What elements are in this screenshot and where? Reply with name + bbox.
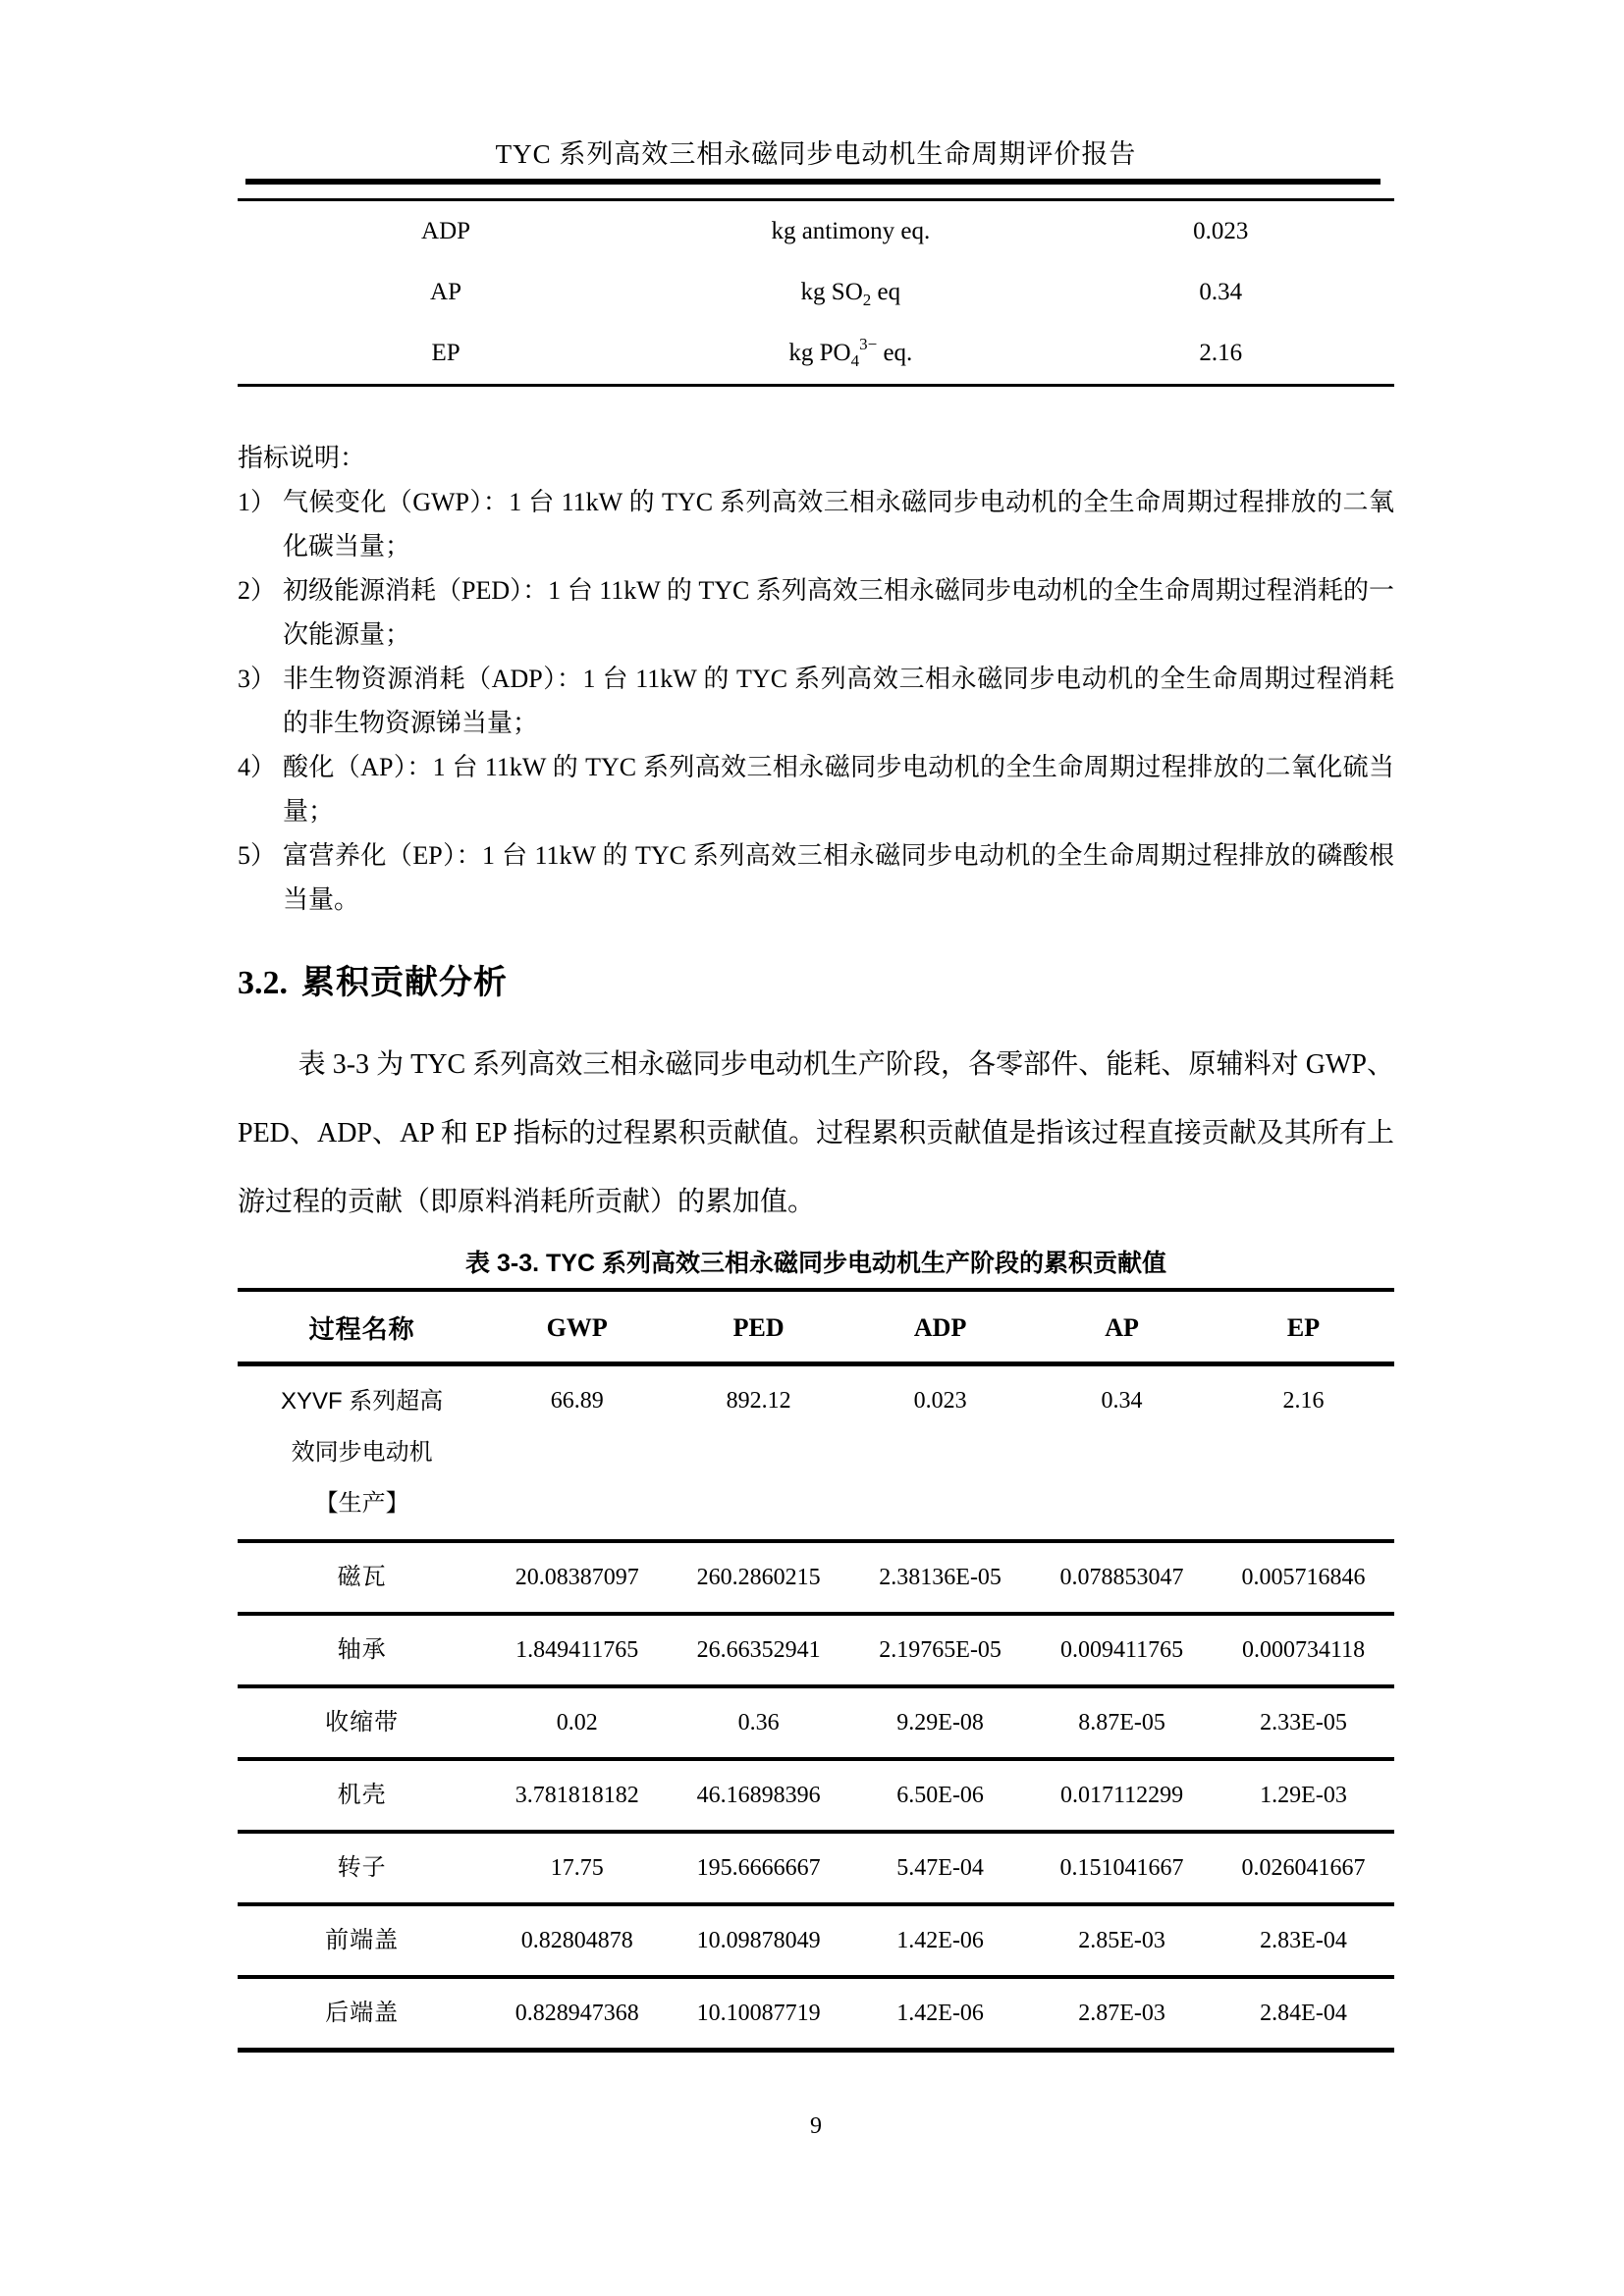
- process-name: 前端盖: [238, 1904, 486, 1977]
- unit-subscript: 4: [851, 351, 860, 370]
- table-row: XYVF 系列超高 效同步电动机 【生产】 66.89 892.12 0.023…: [238, 1364, 1394, 1542]
- ped-value: 892.12: [668, 1364, 849, 1542]
- list-item: 1） 气候变化（GWP）：1 台 11kW 的 TYC 系列高效三相永磁同步电动…: [238, 480, 1394, 568]
- adp-value: 9.29E-08: [849, 1686, 1031, 1759]
- ap-value: 0.078853047: [1031, 1541, 1213, 1614]
- cumulative-contribution-table: 过程名称 GWP PED ADP AP EP XYVF 系列超高 效同步电动机 …: [238, 1288, 1394, 2053]
- ped-value: 260.2860215: [668, 1541, 849, 1614]
- process-name: 后端盖: [238, 1977, 486, 2051]
- gwp-value: 66.89: [486, 1364, 668, 1542]
- ep-value: 1.29E-03: [1213, 1759, 1394, 1832]
- list-item-text: 初级能源消耗（PED）：1 台 11kW 的 TYC 系列高效三相永磁同步电动机…: [283, 568, 1394, 657]
- gwp-value: 1.849411765: [486, 1614, 668, 1686]
- table-row: EP kg PO43− eq. 2.16: [238, 324, 1394, 386]
- process-name: 磁瓦: [238, 1541, 486, 1614]
- table-header-row: 过程名称 GWP PED ADP AP EP: [238, 1290, 1394, 1364]
- table-row: 磁瓦 20.08387097 260.2860215 2.38136E-05 0…: [238, 1541, 1394, 1614]
- list-item-number: 2）: [238, 568, 283, 657]
- ped-value: 10.10087719: [668, 1977, 849, 2051]
- gwp-value: 3.781818182: [486, 1759, 668, 1832]
- ped-value: 0.36: [668, 1686, 849, 1759]
- ap-value: 2.87E-03: [1031, 1977, 1213, 2051]
- table-row: ADP kg antimony eq. 0.023: [238, 200, 1394, 262]
- indicator-unit: kg antimony eq.: [654, 200, 1048, 262]
- ep-value: 0.000734118: [1213, 1614, 1394, 1686]
- table-row: 后端盖 0.828947368 10.10087719 1.42E-06 2.8…: [238, 1977, 1394, 2051]
- process-name: XYVF 系列超高 效同步电动机 【生产】: [238, 1364, 486, 1542]
- process-name: 转子: [238, 1832, 486, 1904]
- list-item-number: 5）: [238, 833, 283, 922]
- adp-value: 0.023: [849, 1364, 1031, 1542]
- indicator-label: EP: [238, 324, 654, 386]
- list-item-text: 富营养化（EP）：1 台 11kW 的 TYC 系列高效三相永磁同步电动机的全生…: [283, 833, 1394, 922]
- list-item-number: 3）: [238, 657, 283, 745]
- section-number: 3.2.: [238, 965, 288, 1001]
- ped-value: 10.09878049: [668, 1904, 849, 1977]
- unit-superscript: 3−: [859, 335, 877, 353]
- gwp-value: 0.82804878: [486, 1904, 668, 1977]
- adp-value: 2.19765E-05: [849, 1614, 1031, 1686]
- unit-text: kg SO: [801, 279, 863, 305]
- list-item-text: 酸化（AP）：1 台 11kW 的 TYC 系列高效三相永磁同步电动机的全生命周…: [283, 745, 1394, 833]
- table-row: 前端盖 0.82804878 10.09878049 1.42E-06 2.85…: [238, 1904, 1394, 1977]
- unit-text: eq: [871, 279, 900, 305]
- indicator-value: 2.16: [1048, 324, 1394, 386]
- gwp-value: 20.08387097: [486, 1541, 668, 1614]
- list-item: 2） 初级能源消耗（PED）：1 台 11kW 的 TYC 系列高效三相永磁同步…: [238, 568, 1394, 657]
- list-item-number: 1）: [238, 480, 283, 568]
- unit-text: kg antimony eq.: [771, 218, 930, 244]
- indicator-unit: kg SO2 eq: [654, 262, 1048, 324]
- list-item-text: 气候变化（GWP）：1 台 11kW 的 TYC 系列高效三相永磁同步电动机的全…: [283, 480, 1394, 568]
- ap-value: 0.009411765: [1031, 1614, 1213, 1686]
- ep-value: 2.33E-05: [1213, 1686, 1394, 1759]
- list-item: 3） 非生物资源消耗（ADP）：1 台 11kW 的 TYC 系列高效三相永磁同…: [238, 657, 1394, 745]
- table-caption: 表 3-3. TYC 系列高效三相永磁同步电动机生产阶段的累积贡献值: [238, 1247, 1394, 1280]
- ep-value: 2.84E-04: [1213, 1977, 1394, 2051]
- indicator-value: 0.023: [1048, 200, 1394, 262]
- ap-value: 8.87E-05: [1031, 1686, 1213, 1759]
- adp-value: 2.38136E-05: [849, 1541, 1031, 1614]
- table-row: 收缩带 0.02 0.36 9.29E-08 8.87E-05 2.33E-05: [238, 1686, 1394, 1759]
- list-item: 5） 富营养化（EP）：1 台 11kW 的 TYC 系列高效三相永磁同步电动机…: [238, 833, 1394, 922]
- ped-value: 195.6666667: [668, 1832, 849, 1904]
- section-heading: 3.2.累积贡献分析: [238, 959, 1394, 1007]
- indicator-label: ADP: [238, 200, 654, 262]
- adp-value: 5.47E-04: [849, 1832, 1031, 1904]
- column-header: 过程名称: [238, 1290, 486, 1364]
- ped-value: 46.16898396: [668, 1759, 849, 1832]
- section-title: 累积贡献分析: [301, 964, 508, 1001]
- ep-value: 0.026041667: [1213, 1832, 1394, 1904]
- gwp-value: 0.828947368: [486, 1977, 668, 2051]
- indicator-unit: kg PO43− eq.: [654, 324, 1048, 386]
- column-header: ADP: [849, 1290, 1031, 1364]
- column-header: AP: [1031, 1290, 1213, 1364]
- gwp-value: 0.02: [486, 1686, 668, 1759]
- ep-value: 2.83E-04: [1213, 1904, 1394, 1977]
- adp-value: 1.42E-06: [849, 1904, 1031, 1977]
- table-row: 转子 17.75 195.6666667 5.47E-04 0.15104166…: [238, 1832, 1394, 1904]
- body-paragraph: 表 3-3 为 TYC 系列高效三相永磁同步电动机生产阶段，各零部件、能耗、原辅…: [238, 1031, 1394, 1237]
- table-row: 机壳 3.781818182 46.16898396 6.50E-06 0.01…: [238, 1759, 1394, 1832]
- header-rule: [245, 179, 1380, 185]
- ap-value: 0.34: [1031, 1364, 1213, 1542]
- column-header: GWP: [486, 1290, 668, 1364]
- adp-value: 1.42E-06: [849, 1977, 1031, 2051]
- list-item-text: 非生物资源消耗（ADP）：1 台 11kW 的 TYC 系列高效三相永磁同步电动…: [283, 657, 1394, 745]
- process-name: 收缩带: [238, 1686, 486, 1759]
- table-row: AP kg SO2 eq 0.34: [238, 262, 1394, 324]
- notes-title: 指标说明：: [238, 436, 1394, 480]
- indicator-units-table: ADP kg antimony eq. 0.023 AP kg SO2 eq 0…: [238, 198, 1394, 387]
- ped-value: 26.66352941: [668, 1614, 849, 1686]
- indicator-value: 0.34: [1048, 262, 1394, 324]
- running-header-title: TYC 系列高效三相永磁同步电动机生命周期评价报告: [238, 0, 1394, 171]
- ap-value: 0.017112299: [1031, 1759, 1213, 1832]
- unit-subscript: 2: [863, 291, 872, 309]
- unit-text: eq.: [877, 340, 912, 366]
- ap-value: 0.151041667: [1031, 1832, 1213, 1904]
- indicator-label: AP: [238, 262, 654, 324]
- page-number: 9: [238, 2113, 1394, 2140]
- column-header: PED: [668, 1290, 849, 1364]
- column-header: EP: [1213, 1290, 1394, 1364]
- process-name: 轴承: [238, 1614, 486, 1686]
- list-item: 4） 酸化（AP）：1 台 11kW 的 TYC 系列高效三相永磁同步电动机的全…: [238, 745, 1394, 833]
- page-content: TYC 系列高效三相永磁同步电动机生命周期评价报告 ADP kg antimon…: [238, 0, 1394, 2140]
- ap-value: 2.85E-03: [1031, 1904, 1213, 1977]
- process-name: 机壳: [238, 1759, 486, 1832]
- list-item-number: 4）: [238, 745, 283, 833]
- indicator-notes: 指标说明： 1） 气候变化（GWP）：1 台 11kW 的 TYC 系列高效三相…: [238, 436, 1394, 922]
- table-row: 轴承 1.849411765 26.66352941 2.19765E-05 0…: [238, 1614, 1394, 1686]
- ep-value: 2.16: [1213, 1364, 1394, 1542]
- unit-text: kg PO: [788, 340, 850, 366]
- gwp-value: 17.75: [486, 1832, 668, 1904]
- ep-value: 0.005716846: [1213, 1541, 1394, 1614]
- adp-value: 6.50E-06: [849, 1759, 1031, 1832]
